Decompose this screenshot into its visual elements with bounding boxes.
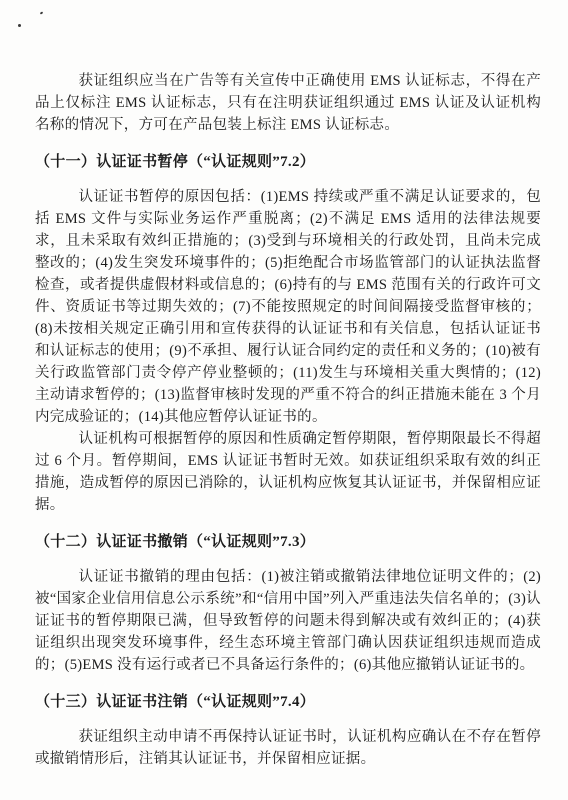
section-heading-13-certificate-cancellation: （十三）认证证书注销（“认证规则”7.4） (35, 691, 541, 713)
paragraph-ems-mark-usage: 获证组织应当在广告等有关宣传中正确使用 EMS 认证标志，不得在产品上仅标注 E… (35, 70, 541, 136)
paragraph-cancellation-procedure: 获证组织主动申请不再保持认证证书时，认证机构应确认在不存在暂停或撤销情形后，注销… (35, 726, 541, 770)
section-heading-11-certificate-suspension: （十一）认证证书暂停（“认证规则”7.2） (35, 151, 541, 173)
scan-speckle (40, 11, 44, 14)
section-heading-12-certificate-withdrawal: （十二）认证证书撤销（“认证规则”7.3） (35, 531, 541, 553)
paragraph-withdrawal-reasons: 认证证书撤销的理由包括：(1)被注销或撤销法律地位证明文件的；(2)被“国家企业… (35, 566, 541, 676)
scanned-document-page: 获证组织应当在广告等有关宣传中正确使用 EMS 认证标志，不得在产品上仅标注 E… (0, 0, 568, 800)
document-text-column: 获证组织应当在广告等有关宣传中正确使用 EMS 认证标志，不得在产品上仅标注 E… (35, 70, 541, 770)
paragraph-suspension-period: 认证机构可根据暂停的原因和性质确定暂停期限，暂停期限最长不得超过 6 个月。暂停… (35, 428, 541, 516)
scan-speckle (18, 24, 21, 27)
paragraph-suspension-reasons: 认证证书暂停的原因包括：(1)EMS 持续或严重不满足认证要求的，包括 EMS … (35, 186, 541, 428)
